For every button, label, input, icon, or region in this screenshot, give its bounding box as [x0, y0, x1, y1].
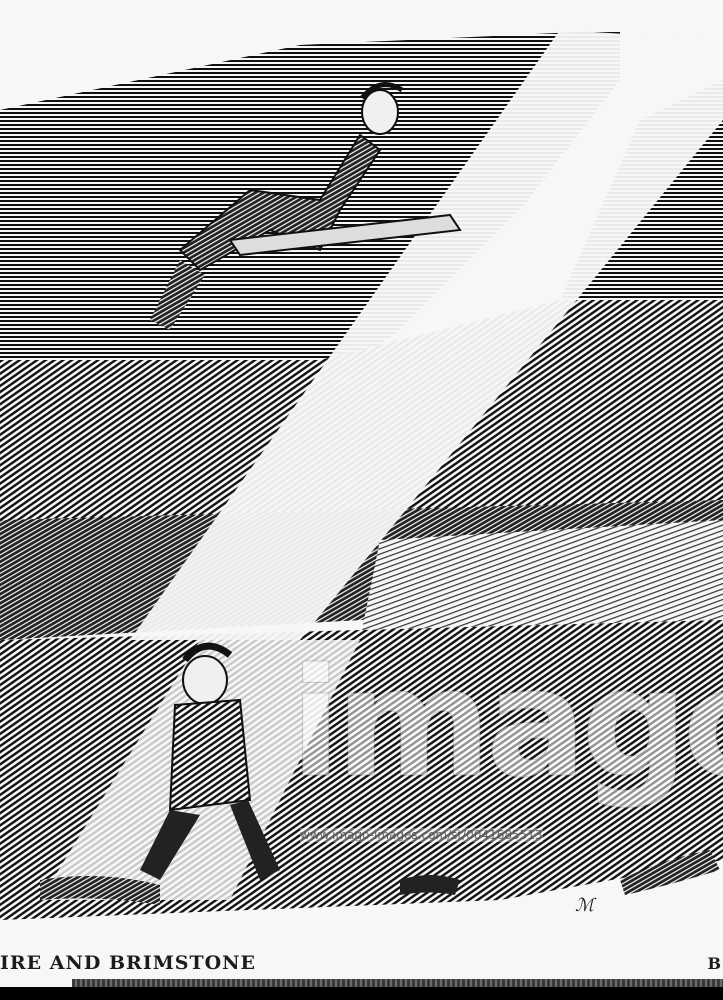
caption-fragment-right: B: [707, 954, 721, 973]
artist-monogram: ℳ: [575, 895, 594, 916]
engraving-illustration: [0, 0, 723, 940]
image-caption: IRE AND BRIMSTONE: [0, 952, 256, 974]
scan-edge-texture: [72, 979, 723, 987]
engraving-artwork: [0, 0, 723, 940]
scan-border-bottom: [0, 987, 723, 1000]
